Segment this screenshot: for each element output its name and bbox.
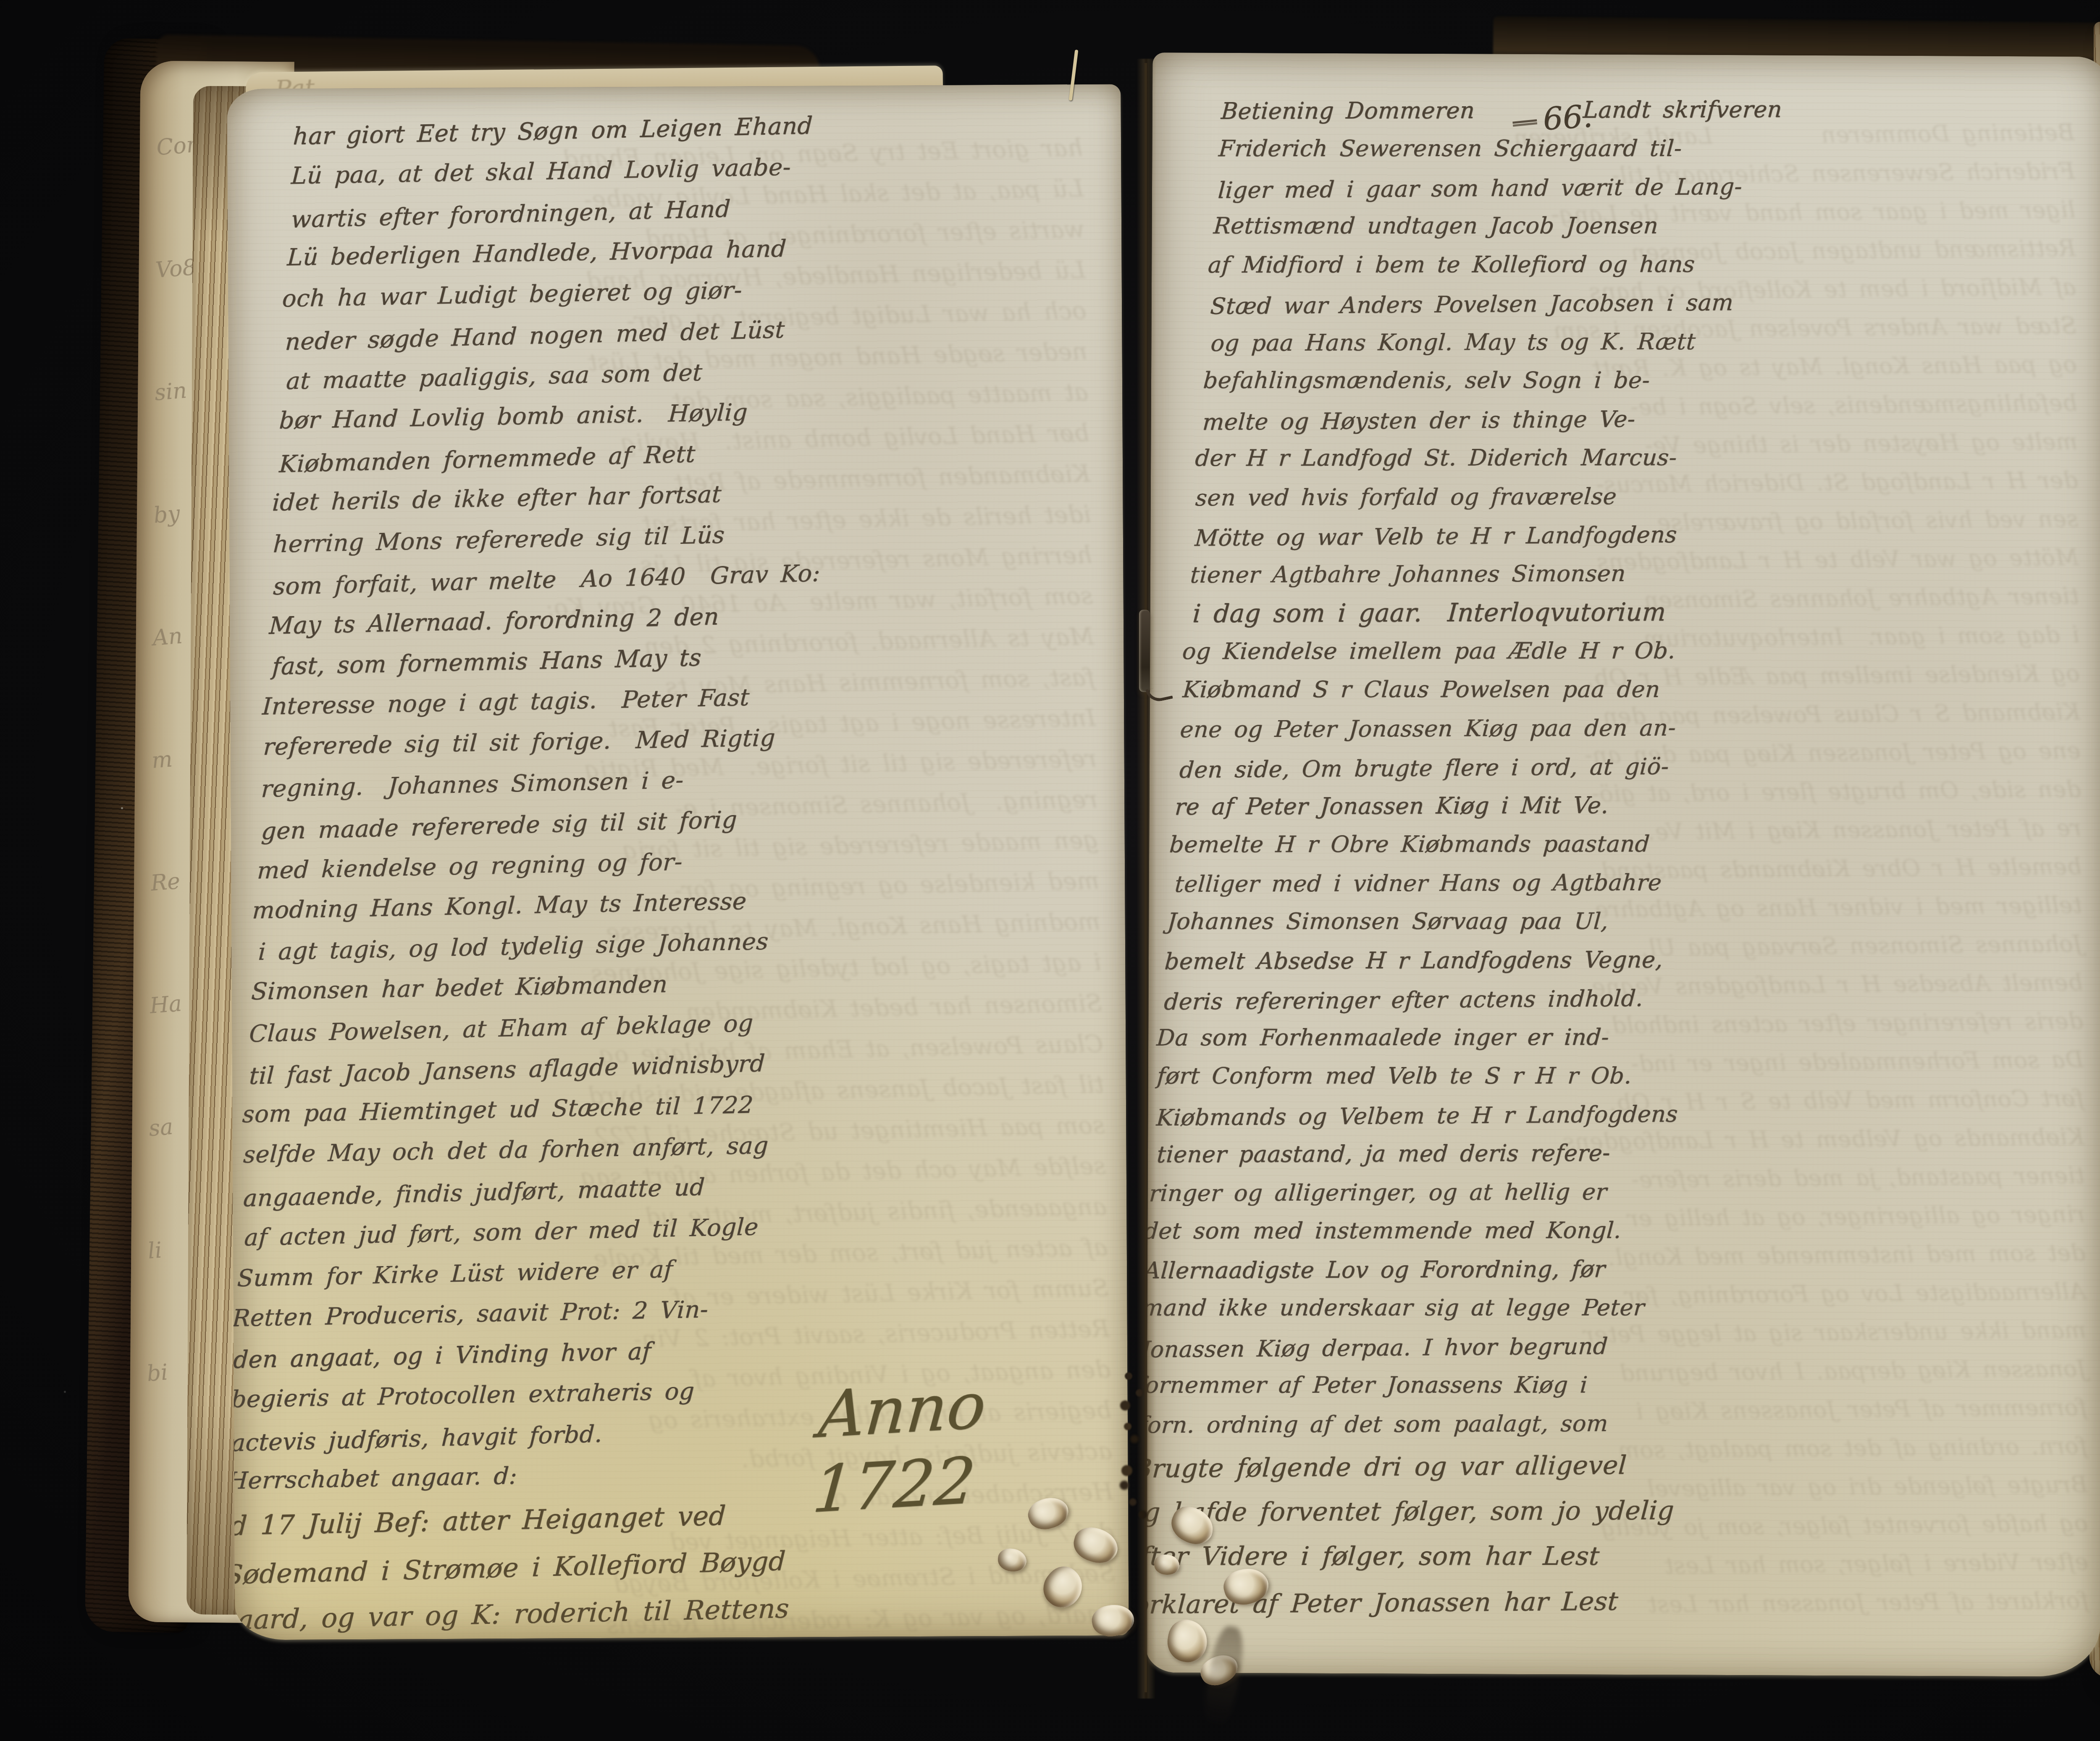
handwritten-line: deris refereringer efter actens indhold.	[1163, 976, 2088, 1021]
sewing-stitch	[1139, 610, 1150, 692]
handwritten-line: efter Videre i følger, som har Lest	[1146, 1534, 2049, 1579]
handwritten-line: Stæd war Anders Povelsen Jacobsen i sam	[1209, 281, 2100, 326]
handwritten-line: ringer og alligeringer, og at hellig er	[1148, 1171, 2073, 1213]
handwritten-line: bemelt Absedse H r Landfogdens Vegne,	[1163, 939, 2088, 981]
worm-hole	[1154, 1555, 1179, 1575]
handwritten-line: Da som Forhenmaalede inger er ind-	[1155, 1017, 2080, 1057]
handwritten-line: og Kiendelse imellem paa Ædle H r Ob.	[1181, 631, 2100, 671]
handwritten-line: Kiøbmands og Velbem te H r Landfogdens	[1155, 1092, 2080, 1137]
handwritten-line: den side, Om brugte flere i ord, at giö-	[1178, 744, 2100, 789]
right-page-text: Betiening Dommeren Landt skrifverenFride…	[1146, 53, 2100, 1677]
handwritten-line: forn. ordning af det som paalagt, som	[1146, 1403, 2063, 1445]
handwritten-line: fornemmer af Peter Jonassens Kiøg i	[1146, 1366, 2060, 1405]
handwritten-line: af Midfiord i bem te Kollefiord og hans	[1207, 244, 2100, 284]
handwritten-line: liger med i gaar som hand værit de Lang-	[1217, 164, 2100, 210]
handwritten-line: Jonassen Kiøg derpaa. I hvor begrund	[1146, 1324, 2065, 1369]
handwritten-line: Allernaadigste Lov og Forordning, før	[1146, 1248, 2068, 1290]
handwritten-line: Betiening Dommeren Landt skrifveren	[1220, 89, 2100, 131]
handwritten-line: og hafde forventet følger, som jo ydelig	[1146, 1487, 2052, 1535]
right-page: Betiening Dommeren Landt skrifverenFride…	[1146, 52, 2100, 1677]
handwritten-line: melte og Høysten der is thinge Ve-	[1201, 396, 2100, 442]
handwritten-line: re af Peter Jonassen Kiøg i Mit Ve.	[1173, 784, 2098, 826]
handwritten-line: Kiøbmand S r Claus Powelsen paa den	[1181, 670, 2100, 709]
handwritten-line: der H r Landfogd St. Diderich Marcus-	[1194, 438, 2100, 477]
handwritten-line: telliger med i vidner Hans og Agtbahre	[1173, 862, 2098, 904]
folio-number: 66.	[1542, 98, 1593, 138]
handwritten-line: i dag som i gaar. Interloqvutorium	[1192, 591, 2100, 633]
handwritten-line: Mötte og war Velb te H r Landfogdens	[1194, 512, 2100, 558]
left-page: har giort Eet try Søgn om Leigen EhandLü…	[227, 84, 1129, 1640]
anno-1722-mark: Anno 1722	[810, 1360, 1129, 1527]
handwritten-line: sen ved hvis forfald og fraværelse	[1194, 475, 2100, 517]
handwritten-line: Brugte følgende dri og var alligevel	[1146, 1439, 2057, 1492]
handwritten-line: og paa Hans Kongl. May ts og K. Rætt	[1210, 321, 2100, 363]
handwritten-line: mand ikke underskaar sig at legge Peter	[1146, 1288, 2065, 1327]
handwritten-line: det som med instemmende med Kongl.	[1146, 1211, 2068, 1251]
handwritten-line: Rettismænd undtagen Jacob Joensen	[1212, 206, 2100, 245]
gutter-ink-stains	[1125, 1372, 1132, 1380]
handwritten-line: ført Conform med Velb te S r H r Ob.	[1156, 1057, 2081, 1096]
handwritten-line: bemelte H r Obre Kiøbmands paastand	[1168, 824, 2093, 864]
dust-speck	[64, 1391, 66, 1393]
gutter-crease-line	[1144, 63, 1147, 1692]
handwritten-line: Johannes Simonsen Sørvaag paa Ul,	[1166, 902, 2091, 941]
handwritten-line: forklaret af Peter Jonassen har Lest	[1146, 1576, 2048, 1628]
handwritten-line: Friderich Sewerensen Schiergaard til-	[1217, 129, 2100, 168]
manuscript-photograph: ConVo8sinbyAnmReHasalibi Pat har giort E…	[0, 0, 2100, 1741]
handwritten-line: ene og Peter Jonassen Kiøg paa den an-	[1179, 707, 2100, 749]
handwritten-line: befahlingsmændenis, selv Sogn i be-	[1202, 361, 2100, 400]
dust-speck	[121, 807, 123, 809]
handwritten-line: tiener Agtbahre Johannes Simonsen	[1189, 553, 2100, 595]
handwritten-line: tiener paastand, ja med deris refere-	[1155, 1132, 2080, 1174]
